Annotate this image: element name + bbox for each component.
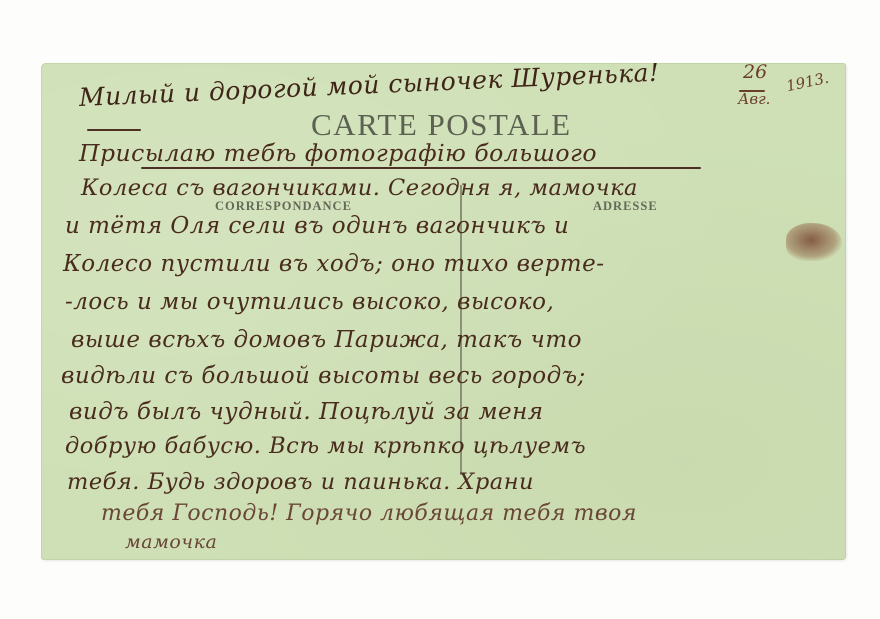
printed-title: CARTE POSTALE — [311, 107, 572, 143]
handwriting-line-7: выше всѣхъ домовъ Парижа, такъ что — [71, 327, 582, 353]
date-year: 1913. — [785, 69, 831, 96]
handwriting-line-8: видѣли съ большой высоты весь городъ; — [61, 363, 586, 389]
photo-underline — [141, 167, 701, 169]
ink-stain — [786, 223, 842, 261]
handwriting-line-10: добрую бабусю. Всѣ мы крѣпко цѣлуемъ — [65, 433, 586, 459]
handwriting-line-1: Милый и дорогой мой сыночек Шуренька! — [78, 63, 660, 112]
postcard-back: CARTE POSTALE CORRESPONDANCE ADRESSE 26 … — [41, 63, 846, 560]
date-day: 26 — [743, 63, 767, 83]
printed-correspondance-label: CORRESPONDANCE — [215, 199, 352, 214]
handwriting-line-12: тебя Господь! Горячо любящая тебя твоя — [101, 501, 637, 526]
handwriting-line-2: Присылаю тебѣ фотографію большого — [79, 139, 597, 167]
handwriting-line-9: видъ былъ чудный. Поцѣлуй за меня — [69, 399, 544, 425]
handwriting-line-5: Колесо пустили въ ходъ; оно тихо верте- — [63, 251, 605, 277]
greeting-underline — [87, 129, 141, 131]
printed-adresse-label: ADRESSE — [593, 199, 658, 214]
handwriting-line-11: тебя. Будь здоровъ и паинька. Храни — [67, 469, 534, 495]
handwriting-line-3: Колеса съ вагончиками. Сегодня я, мамочк… — [81, 175, 638, 201]
date-month: Авг. — [738, 90, 770, 108]
handwriting-line-4: и тётя Оля сели въ одинъ вагончикъ и — [65, 213, 569, 239]
handwriting-signature: мамочка — [125, 531, 217, 553]
handwriting-line-6: -лось и мы очутились высоко, высоко, — [65, 289, 554, 315]
